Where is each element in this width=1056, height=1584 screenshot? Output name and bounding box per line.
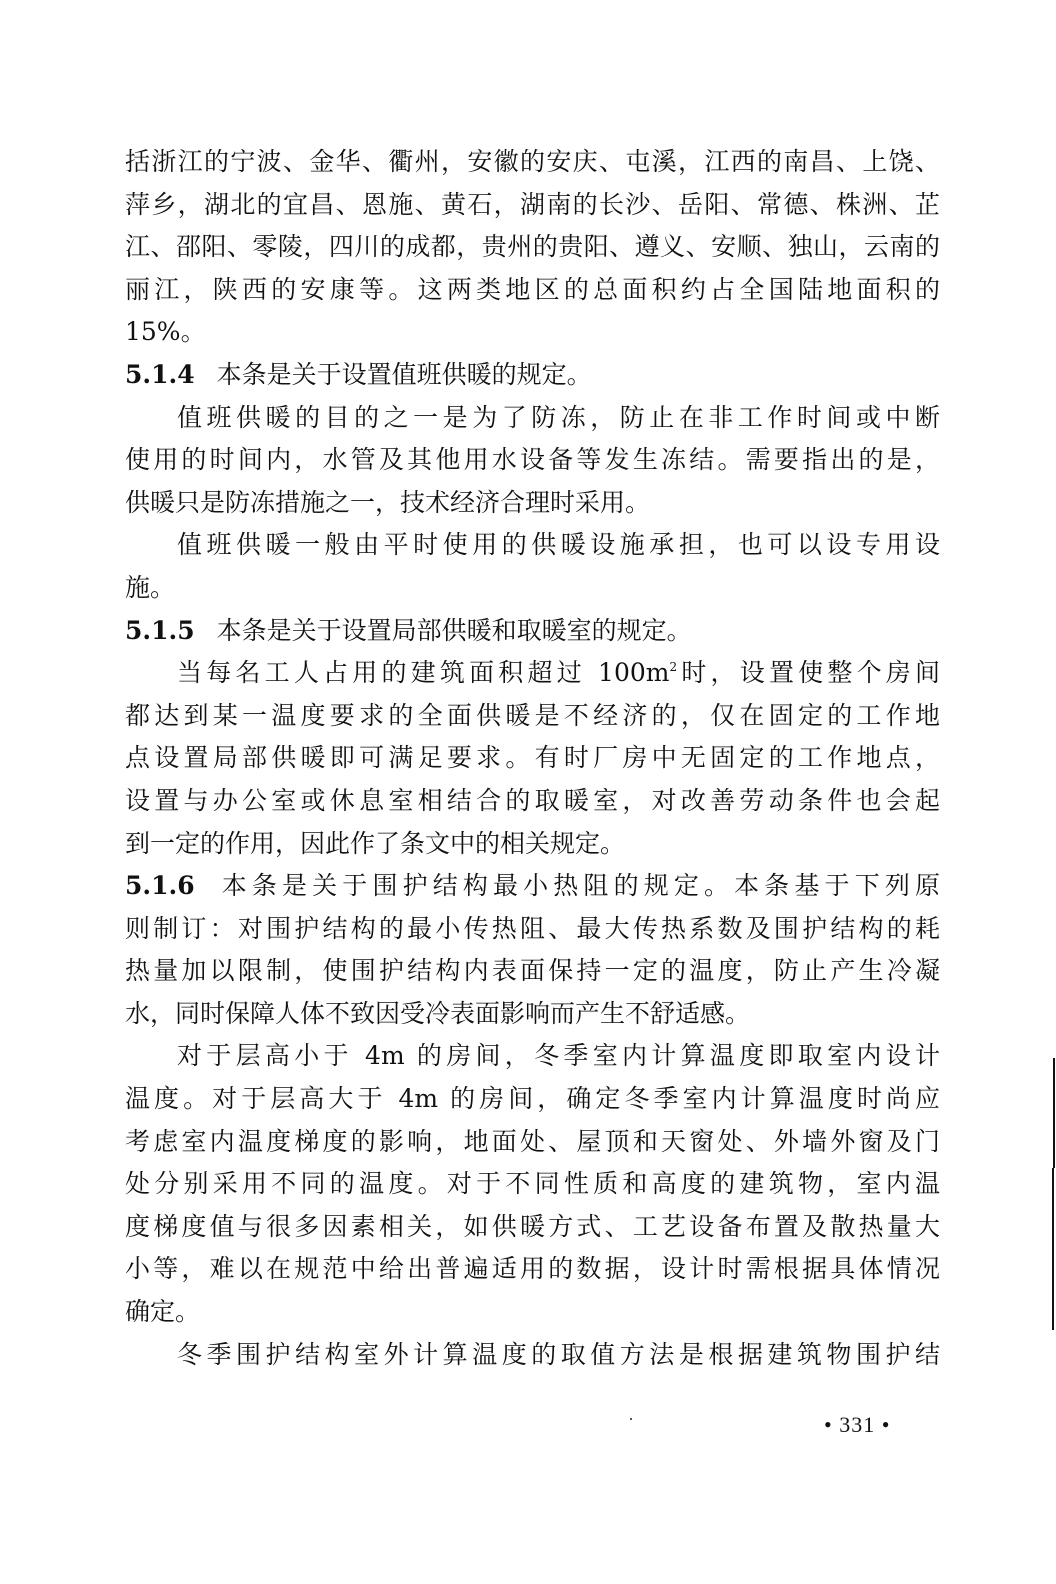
- text-line: 15%。: [125, 311, 940, 354]
- scan-speck: [630, 1418, 632, 1420]
- text-line: 当每名工人占用的建筑面积超过 100m2时，设置使整个房间: [125, 652, 940, 695]
- text-segment: 时，设置使整个房间: [677, 658, 940, 687]
- text-segment: 当每名工人占用的建筑面积超过 100m: [177, 658, 669, 687]
- text-line: 处分别采用不同的温度。对于不同性质和高度的建筑物，室内温: [125, 1163, 940, 1206]
- text-line: 则制订：对围护结构的最小传热阻、最大传热系数及围护结构的耗: [125, 908, 940, 951]
- continuation-paragraph: 括浙江的宁波、金华、衢州，安徽的安庆、屯溪，江西的南昌、上饶、 萍乡，湖北的宜昌…: [125, 141, 940, 354]
- text-line: 丽江，陕西的安康等。这两类地区的总面积约占全国陆地面积的: [125, 269, 940, 312]
- text-line: 使用的时间内，水管及其他用水设备等发生冻结。需要指出的是，: [125, 439, 940, 482]
- text-line: 冬季围护结构室外计算温度的取值方法是根据建筑物围护结: [125, 1334, 940, 1377]
- section-number: 5.1.4: [125, 360, 195, 389]
- text-line: 值班供暖一般由平时使用的供暖设施承担，也可以设专用设: [125, 524, 940, 567]
- page-number: • 331 •: [824, 1412, 890, 1438]
- section-number: 5.1.6: [125, 871, 195, 900]
- superscript: 2: [669, 660, 677, 674]
- section-heading: 5.1.4本条是关于设置值班供暖的规定。: [125, 354, 940, 397]
- text-line: 度梯度值与很多因素相关，如供暖方式、工艺设备布置及散热量大: [125, 1206, 940, 1249]
- margin-scan-line: [1053, 1058, 1055, 1168]
- section-heading: 5.1.6本条是关于围护结构最小热阻的规定。本条基于下列原: [125, 865, 940, 908]
- text-line: 确定。: [125, 1291, 940, 1334]
- section-5-1-4: 5.1.4本条是关于设置值班供暖的规定。 值班供暖的目的之一是为了防冻，防止在非…: [125, 354, 940, 610]
- text-line: 小等，难以在规范中给出普遍适用的数据，设计时需根据具体情况: [125, 1248, 940, 1291]
- text-line: 设置与办公室或休息室相结合的取暖室，对改善劳动条件也会起: [125, 780, 940, 823]
- text-line: 热量加以限制，使围护结构内表面保持一定的温度，防止产生冷凝: [125, 950, 940, 993]
- section-heading-text: 本条是关于围护结构最小热阻的规定。本条基于下列原: [217, 871, 940, 900]
- section-heading-text: 本条是关于设置局部供暖和取暖室的规定。: [217, 616, 692, 645]
- text-line: 供暖只是防冻措施之一，技术经济合理时采用。: [125, 482, 940, 525]
- text-line: 值班供暖的目的之一是为了防冻，防止在非工作时间或中断: [125, 397, 940, 440]
- section-5-1-5: 5.1.5本条是关于设置局部供暖和取暖室的规定。 当每名工人占用的建筑面积超过 …: [125, 610, 940, 866]
- section-5-1-6: 5.1.6本条是关于围护结构最小热阻的规定。本条基于下列原 则制订：对围护结构的…: [125, 865, 940, 1376]
- section-number: 5.1.5: [125, 616, 195, 645]
- section-heading-text: 本条是关于设置值班供暖的规定。: [217, 360, 592, 389]
- text-line: 考虑室内温度梯度的影响，地面处、屋顶和天窗处、外墙外窗及门: [125, 1121, 940, 1164]
- text-line: 水，同时保障人体不致因受冷表面影响而产生不舒适感。: [125, 993, 940, 1036]
- text-line: 到一定的作用，因此作了条文中的相关规定。: [125, 823, 940, 866]
- text-line: 温度。对于层高大于 4m 的房间，确定冬季室内计算温度时尚应: [125, 1078, 940, 1121]
- text-line: 施。: [125, 567, 940, 610]
- text-line: 都达到某一温度要求的全面供暖是不经济的，仅在固定的工作地: [125, 695, 940, 738]
- document-page: 括浙江的宁波、金华、衢州，安徽的安庆、屯溪，江西的南昌、上饶、 萍乡，湖北的宜昌…: [125, 141, 940, 1376]
- text-line: 萍乡，湖北的宜昌、恩施、黄石，湖南的长沙、岳阳、常德、株洲、芷: [125, 184, 940, 227]
- margin-scan-line: [1052, 1168, 1054, 1330]
- text-line: 点设置局部供暖即可满足要求。有时厂房中无固定的工作地点，: [125, 737, 940, 780]
- section-heading: 5.1.5本条是关于设置局部供暖和取暖室的规定。: [125, 610, 940, 653]
- text-line: 对于层高小于 4m 的房间，冬季室内计算温度即取室内设计: [125, 1035, 940, 1078]
- text-line: 括浙江的宁波、金华、衢州，安徽的安庆、屯溪，江西的南昌、上饶、: [125, 141, 940, 184]
- text-line: 江、邵阳、零陵，四川的成都，贵州的贵阳、遵义、安顺、独山，云南的: [125, 226, 940, 269]
